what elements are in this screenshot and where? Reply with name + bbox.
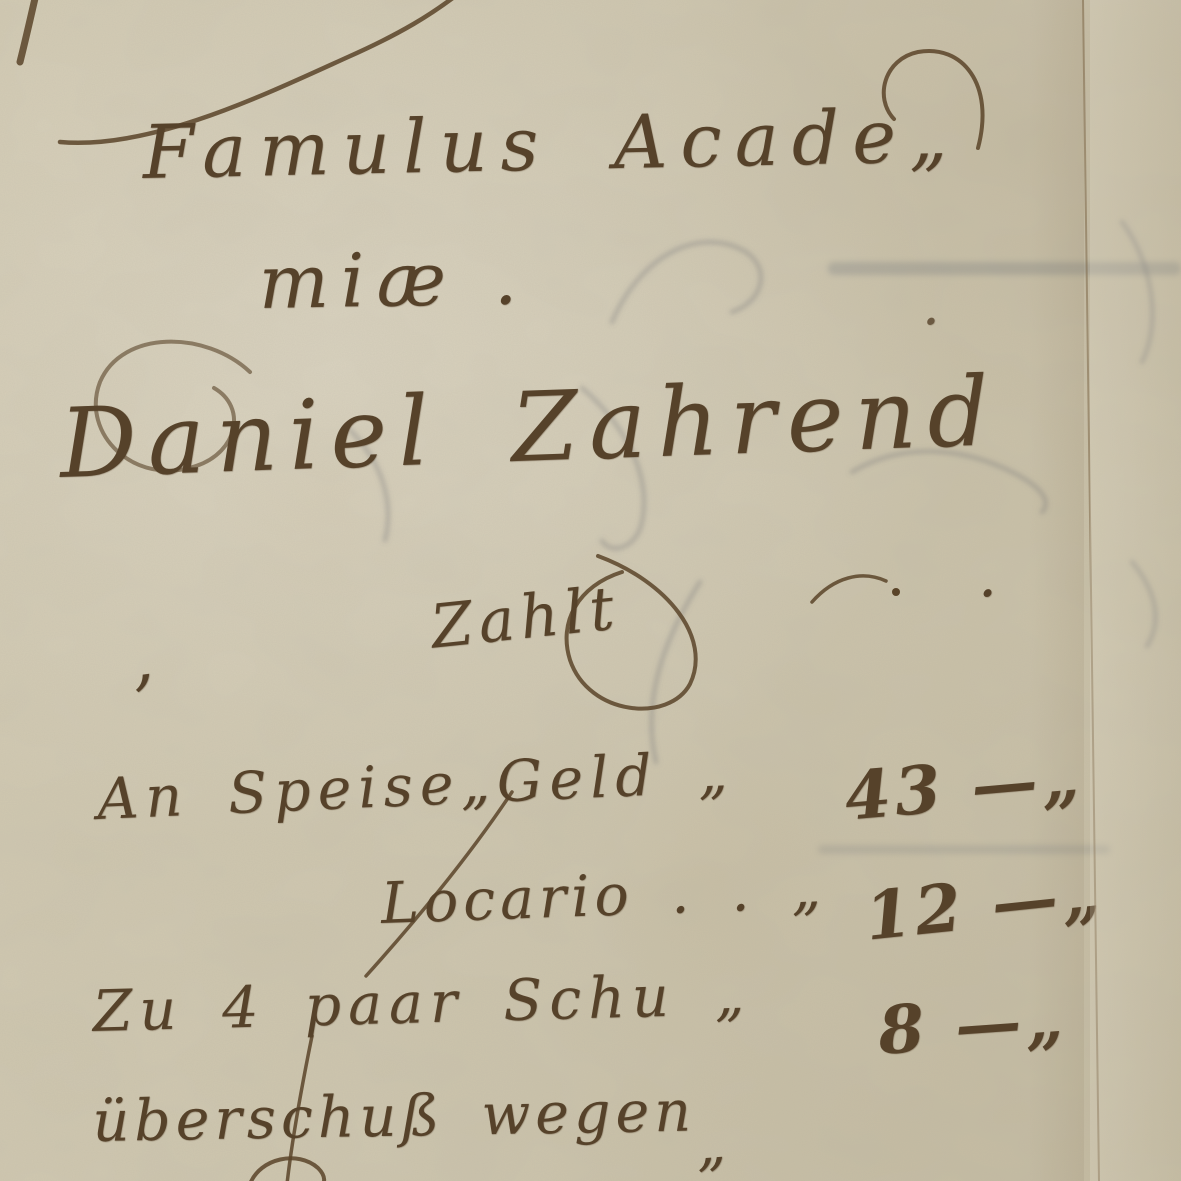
left-margin-comma: , — [126, 625, 157, 695]
flourish-bottom-partial-letter — [250, 1158, 324, 1181]
ledger-row-label: überschuß wegen — [92, 1083, 696, 1151]
amount-value: 12 — [861, 868, 968, 956]
ledger-row-label: An Speise„Geld „ — [96, 744, 736, 829]
heading-line-1: Famulus Acade„ — [142, 99, 961, 190]
name-line: Daniel Zahrend — [58, 363, 1001, 492]
ledger-row-label: Zu 4 paar Schu „ — [92, 967, 752, 1041]
page-edge-right-strip — [1090, 0, 1181, 1181]
flourish-right-arc — [812, 576, 886, 602]
flourish-top-left-stroke — [20, 0, 36, 62]
amount-value: 8 — [876, 989, 931, 1070]
manuscript-page: Famulus Acade„ miæ . . Daniel Zahrend . … — [0, 0, 1181, 1181]
stray-ditto-mark: „ — [694, 1116, 727, 1175]
amount-value: 43 — [841, 749, 947, 835]
heading-line-2: miæ . — [258, 241, 530, 320]
ledger-row-label: Locario . . „ — [380, 860, 827, 932]
heading-stray-period: . — [922, 278, 940, 334]
subheading-zahlt: Zahlt — [428, 578, 623, 657]
fold-shadow — [1028, 0, 1084, 1181]
ink-dot — [892, 588, 900, 596]
name-period: . — [978, 546, 997, 606]
